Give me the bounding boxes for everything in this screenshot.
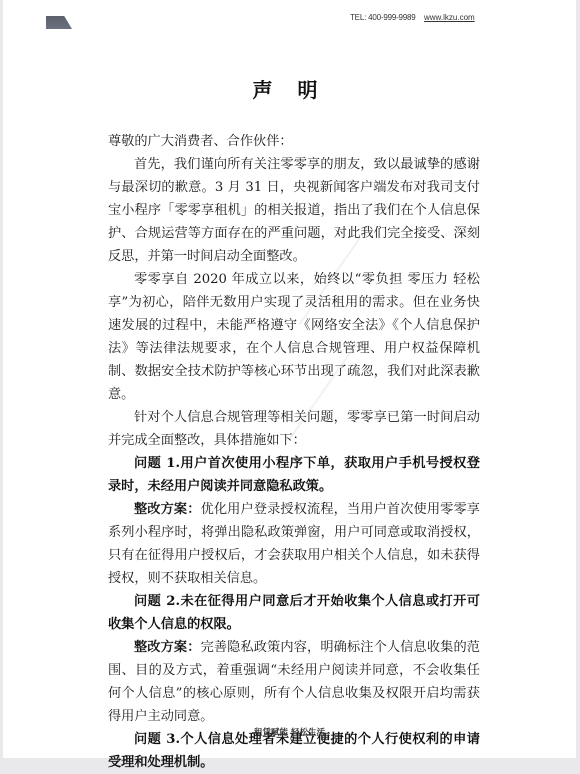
solution-label: 整改方案： xyxy=(134,502,201,517)
solution-paragraph: 整改方案：优化用户登录授权流程，当用户首次使用零零享系列小程序时，将弹出隐私政策… xyxy=(108,498,480,590)
salutation: 尊敬的广大消费者、合作伙伴： xyxy=(108,130,480,153)
solution-paragraph: 整改方案：完善隐私政策内容，明确标注个人信息收集的范围、目的及方式，着重强调“未… xyxy=(108,636,480,728)
issue-heading: 问题 2.未在征得用户同意后才开始收集个人信息或打开可收集个人信息的权限。 xyxy=(108,590,480,636)
issue-heading: 问题 1.用户首次使用小程序下单，获取用户手机号授权登录时，未经用户阅读并同意隐… xyxy=(108,452,480,498)
header-tel: TEL: 400-999-9989 xyxy=(350,13,416,22)
footer-slogan: 租赁赋能 轻松生活 xyxy=(3,726,576,738)
document-page: TEL: 400-999-9989 www.lkzu.com 声 明 尊敬的广大… xyxy=(3,0,576,758)
company-logo-icon xyxy=(46,16,72,29)
solution-label: 整改方案： xyxy=(134,640,201,655)
paragraph: 零零享自 2020 年成立以来，始终以“零负担 零压力 轻松享”为初心，陪伴无数… xyxy=(108,268,480,406)
document-title: 声 明 xyxy=(3,74,576,103)
document-body: 尊敬的广大消费者、合作伙伴： 首先，我们谨向所有关注零零享的朋友，致以最诚挚的感… xyxy=(108,130,480,758)
paragraph: 首先，我们谨向所有关注零零享的朋友，致以最诚挚的感谢与最深切的歉意。3 月 31… xyxy=(108,153,480,268)
header-website-link[interactable]: www.lkzu.com xyxy=(424,13,475,22)
paragraph: 针对个人信息合规管理等相关问题，零零享已第一时间启动并完成全面整改，具体措施如下… xyxy=(108,406,480,452)
